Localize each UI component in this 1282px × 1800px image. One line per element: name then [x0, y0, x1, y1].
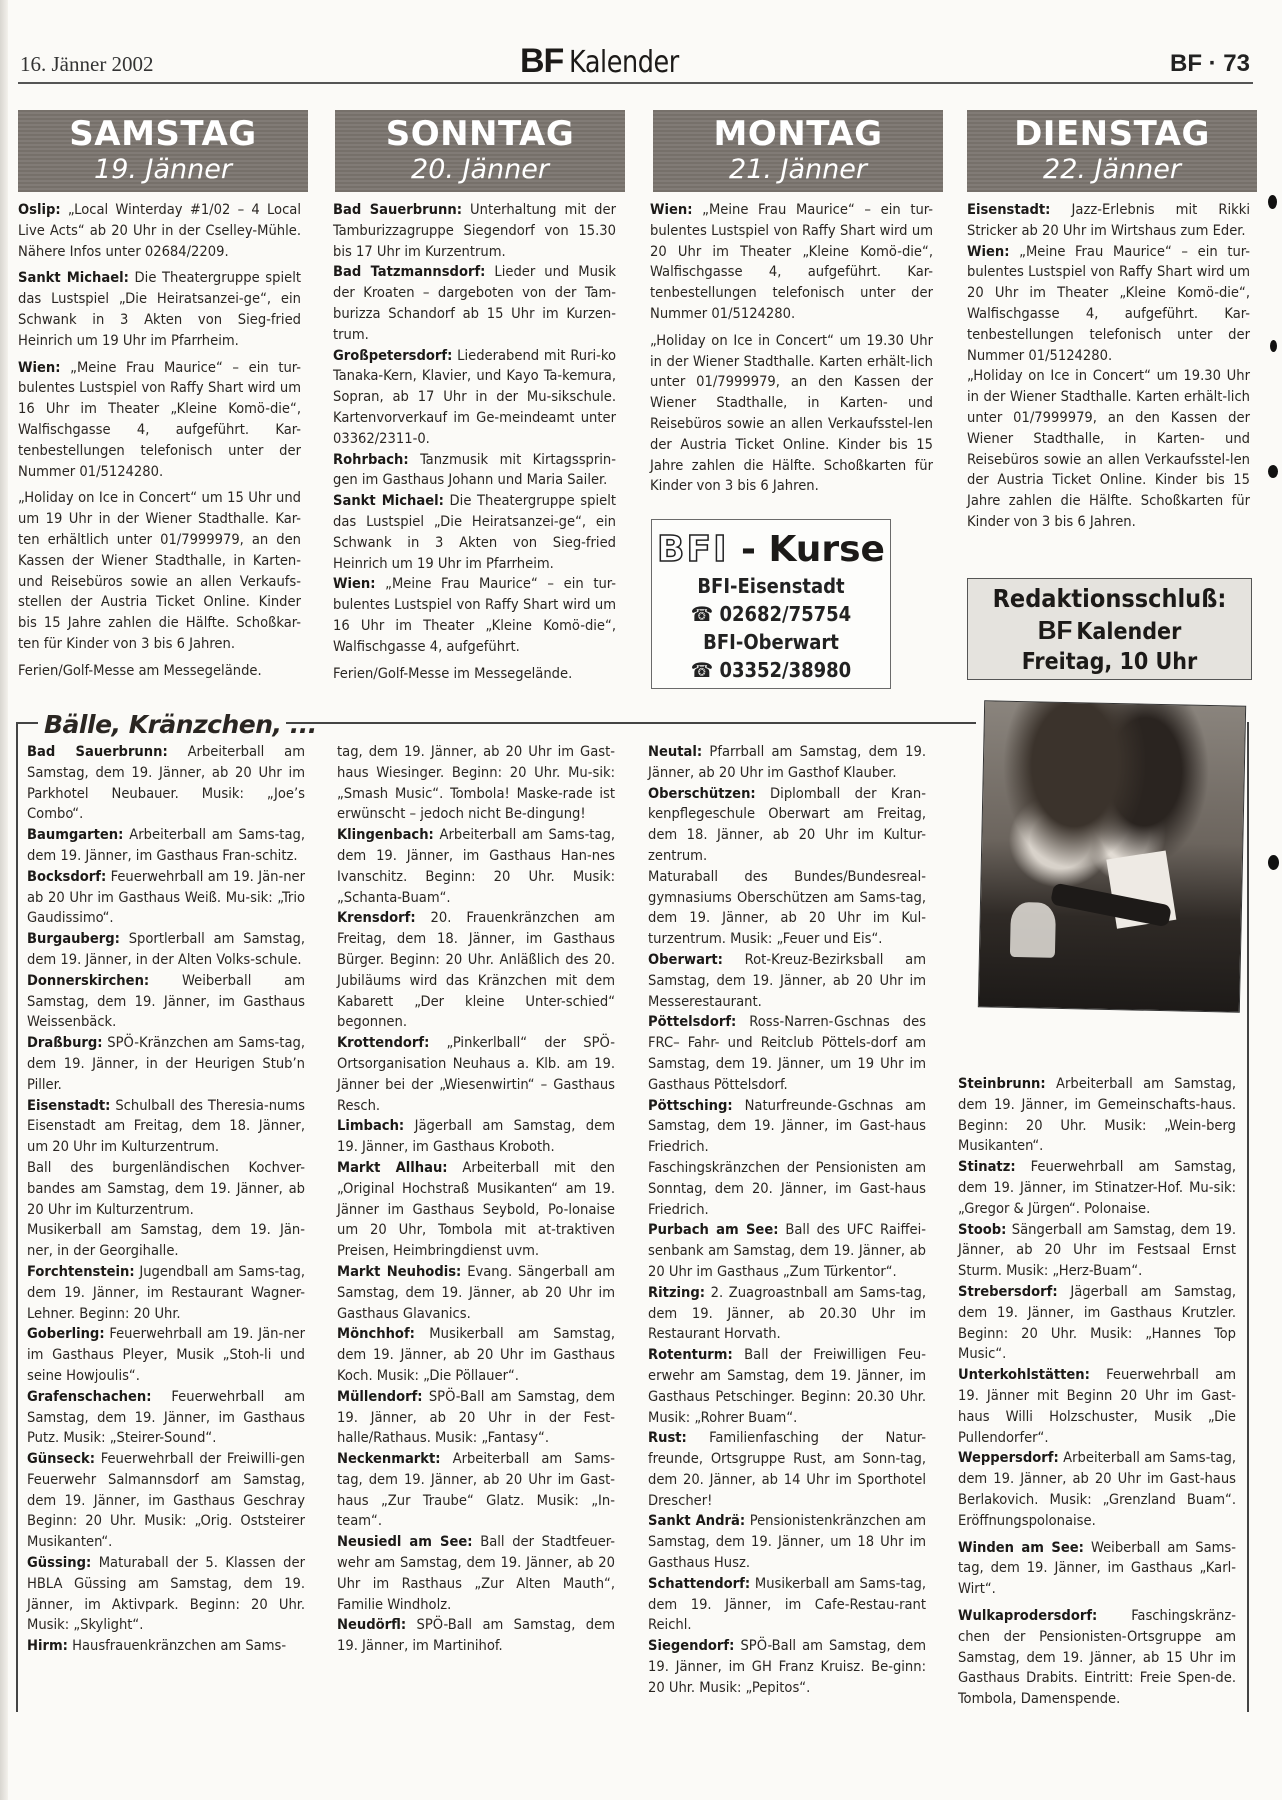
event-entry: Burgauberg: Sportlerball am Samstag, dem…: [27, 929, 305, 971]
event-text: Ferien/Golf-Messe im Messegelände.: [333, 665, 572, 682]
day-name: Sonntag: [335, 114, 625, 154]
event-entry: Donnerskirchen: Weiberball am Samstag, d…: [27, 971, 305, 1033]
event-entry: Güssing: Maturaball der 5. Klassen der H…: [27, 1553, 305, 1636]
photo-glass-detail: [1010, 902, 1056, 958]
event-place: Neusiedl am See:: [337, 1533, 473, 1550]
event-text: „Meine Frau Maurice“ – ein tur-bulentes …: [650, 201, 933, 322]
event-place: Pöttelsdorf:: [648, 1013, 736, 1030]
deadline-section-name: Kalender: [1076, 619, 1181, 645]
event-entry: Sankt Michael: Die Theatergruppe spielt …: [333, 491, 616, 574]
bfi-location-2: BFI-Oberwart: [652, 628, 890, 656]
editorial-deadline-box: Redaktionsschluß: BFKalender Freitag, 10…: [967, 578, 1252, 680]
day-name: Dienstag: [967, 114, 1257, 154]
event-text: „Holiday on Ice in Concert“ um 19.30 Uhr…: [967, 367, 1250, 530]
event-place: Strebersdorf:: [958, 1283, 1058, 1300]
event-place: Draßburg:: [27, 1034, 103, 1051]
day-date: 20. Jänner: [335, 154, 625, 186]
event-entry: Wulkaprodersdorf: Faschingskränz-chen de…: [958, 1606, 1236, 1710]
bfi-phone-2: ☎ 03352/38980: [652, 656, 890, 684]
day-date: 21. Jänner: [653, 154, 943, 186]
event-entry: Strebersdorf: Jägerball am Samstag, dem …: [958, 1282, 1236, 1365]
event-place: Oberwart:: [648, 951, 723, 968]
event-text: „Meine Frau Maurice“ – ein tur-bulentes …: [967, 243, 1250, 364]
event-text: „Meine Frau Maurice“ – ein tur-bulentes …: [18, 359, 301, 480]
event-entry: Neckenmarkt: Arbeiterball am Sams-tag, d…: [337, 1449, 615, 1532]
event-place: Sankt Michael:: [333, 492, 444, 509]
section-frame-top-right: [286, 722, 976, 724]
event-place: Grafenschachen:: [27, 1388, 152, 1405]
event-entry: Neudörfl: SPÖ-Ball am Samstag, dem 19. J…: [337, 1615, 615, 1657]
event-text: „Local Winterday #1/02 – 4 Local Live Ac…: [18, 201, 301, 260]
event-text: Faschingskränzchen der Pensionisten am S…: [648, 1159, 926, 1218]
event-place: Neckenmarkt:: [337, 1450, 441, 1467]
section-frame-left: [16, 722, 18, 1712]
event-entry: Stinatz: Feuerwehrball am Samstag, dem 1…: [958, 1157, 1236, 1219]
event-entry: Schattendorf: Musikerball am Sams-tag, d…: [648, 1574, 926, 1636]
event-entry: Pöttsching: Naturfreunde-Gschnas am Sams…: [648, 1096, 926, 1158]
day-banner-sunday: Sonntag 20. Jänner: [335, 110, 625, 192]
event-entry: Krottendorf: „Pinkerlball“ der SPÖ-Ortso…: [337, 1033, 615, 1116]
event-place: Günseck:: [27, 1450, 95, 1467]
bfi-phone-1: ☎ 02682/75754: [652, 600, 890, 628]
event-entry: Neusiedl am See: Ball der Stadtfeuer-weh…: [337, 1532, 615, 1615]
event-place: Bad Sauerbrunn:: [333, 201, 462, 218]
day-banner-tuesday: Dienstag 22. Jänner: [967, 110, 1257, 192]
bfi-outline-logo: BFI: [657, 529, 728, 570]
event-place: Wulkaprodersdorf:: [958, 1607, 1097, 1624]
event-place: Burgauberg:: [27, 930, 120, 947]
event-place: Donnerskirchen:: [27, 972, 149, 989]
event-place: Markt Neuhodis:: [337, 1263, 461, 1280]
balls-column-2: tag, dem 19. Jänner, ab 20 Uhr im Gast-h…: [337, 742, 615, 1657]
page-number: BF · 73: [1170, 50, 1250, 78]
balls-column-3: Neutal: Pfarrball am Samstag, dem 19. Jä…: [648, 742, 926, 1699]
event-entry: Steinbrunn: Arbeiterball am Samstag, dem…: [958, 1074, 1236, 1157]
bfi-ad-title: BFI - Kurse: [652, 528, 890, 572]
event-place: Wien:: [967, 243, 1010, 260]
event-place: Forchtenstein:: [27, 1263, 135, 1280]
event-entry: Müllendorf: SPÖ-Ball am Samstag, dem 19.…: [337, 1387, 615, 1449]
event-entry: Markt Allhau: Arbeiterball mit den „Orig…: [337, 1158, 615, 1262]
event-entry: Wien: „Meine Frau Maurice“ – ein tur-bul…: [333, 574, 616, 657]
event-place: Neutal:: [648, 743, 702, 760]
scan-speck: [1268, 465, 1278, 478]
event-entry: Musikerball am Samstag, dem 19. Jän-ner,…: [27, 1220, 305, 1262]
event-place: Steinbrunn:: [958, 1075, 1046, 1092]
event-entry: Unterkohlstätten: Feuerwehrball am 19. J…: [958, 1365, 1236, 1448]
event-place: Bad Tatzmannsdorf:: [333, 263, 485, 280]
event-entry: Bad Sauerbrunn: Unterhaltung mit der Tam…: [333, 200, 616, 262]
event-place: Rohrbach:: [333, 451, 409, 468]
balls-column-4: Steinbrunn: Arbeiterball am Samstag, dem…: [958, 1074, 1236, 1710]
event-entry: Bocksdorf: Feuerwehrball am 19. Jän-ner …: [27, 867, 305, 929]
bfi-ad-title-text: - Kurse: [728, 529, 885, 570]
event-place: Stinatz:: [958, 1158, 1016, 1175]
event-place: Goberling:: [27, 1325, 105, 1342]
event-place: Wien:: [650, 201, 693, 218]
event-place: Krensdorf:: [337, 909, 416, 926]
event-place: Bocksdorf:: [27, 868, 106, 885]
day-banner-saturday: Samstag 19. Jänner: [18, 110, 308, 192]
event-place: Müllendorf:: [337, 1388, 423, 1405]
event-entry: Ferien/Golf-Messe am Messegelände.: [18, 661, 301, 682]
event-entry: Wien: „Meine Frau Maurice“ – ein tur-bul…: [650, 200, 933, 325]
event-text: tag, dem 19. Jänner, ab 20 Uhr im Gast-h…: [337, 743, 615, 822]
event-place: Rust:: [648, 1429, 687, 1446]
event-place: Güssing:: [27, 1554, 91, 1571]
day-name: Montag: [653, 114, 943, 154]
event-place: Eisenstadt:: [27, 1097, 110, 1114]
bf-logo: BF: [520, 42, 563, 80]
sunday-events: Bad Sauerbrunn: Unterhaltung mit der Tam…: [333, 200, 616, 684]
event-entry: Baumgarten: Arbeiterball am Sams-tag, de…: [27, 825, 305, 867]
section-title-text: Kalender: [569, 45, 679, 80]
section-title: BFKalender: [520, 42, 699, 81]
saturday-events: Oslip: „Local Winterday #1/02 – 4 Local …: [18, 200, 301, 682]
event-text: Familienfasching der Natur-freunde, Orts…: [648, 1429, 926, 1508]
event-text: Musikerball am Samstag, dem 19. Jän-ner,…: [27, 1221, 305, 1259]
event-entry: „Holiday on Ice in Concert“ um 15 Uhr un…: [18, 488, 301, 654]
event-place: Markt Allhau:: [337, 1159, 448, 1176]
event-entry: Maturaball des Bundes/Bundesreal-gymnasi…: [648, 867, 926, 950]
bfi-location-1: BFI-Eisenstadt: [652, 572, 890, 600]
event-entry: Rust: Familienfasching der Natur-freunde…: [648, 1428, 926, 1511]
event-entry: Oberwart: Rot-Kreuz-Bezirksball am Samst…: [648, 950, 926, 1012]
event-text: Hausfrauenkränzchen am Sams-: [68, 1637, 286, 1654]
section-frame-top-left: [16, 722, 38, 724]
event-entry: Eisenstadt: Jazz-Erlebnis mit Rikki Stri…: [967, 200, 1250, 242]
event-place: Wien:: [18, 359, 61, 376]
event-place: Rotenturm:: [648, 1346, 733, 1363]
event-entry: Grafenschachen: Feuerwehrball am Samstag…: [27, 1387, 305, 1449]
event-entry: Neutal: Pfarrball am Samstag, dem 19. Jä…: [648, 742, 926, 784]
event-entry: Sankt Michael: Die Theatergruppe spielt …: [18, 268, 301, 351]
event-entry: Klingenbach: Arbeiterball am Sams-tag, d…: [337, 825, 615, 908]
event-entry: Wien: „Meine Frau Maurice“ – ein tur-bul…: [18, 358, 301, 483]
event-place: Oberschützen:: [648, 785, 756, 802]
event-place: Hirm:: [27, 1637, 68, 1654]
header-rule: [18, 82, 1253, 84]
event-entry: Wien: „Meine Frau Maurice“ – ein tur-bul…: [967, 242, 1250, 367]
event-place: Purbach am See:: [648, 1221, 778, 1238]
balls-column-1: Bad Sauerbrunn: Arbeiterball am Samstag,…: [27, 742, 305, 1657]
deadline-time: Freitag, 10 Uhr: [968, 647, 1251, 677]
event-place: Mönchhof:: [337, 1325, 415, 1342]
event-text: Ball des burgenländischen Kochver-bandes…: [27, 1159, 305, 1218]
event-place: Weppersdorf:: [958, 1449, 1059, 1466]
event-entry: Oberschützen: Diplomball der Kran-kenpfl…: [648, 784, 926, 867]
event-entry: Rohrbach: Tanzmusik mit Kirtagssprin-gen…: [333, 450, 616, 492]
balls-section-title: Bälle, Kränzchen, ...: [44, 710, 317, 739]
couple-with-champagne-photo: [978, 700, 1246, 1012]
event-entry: Krensdorf: 20. Frauenkränzchen am Freita…: [337, 908, 615, 1033]
event-entry: Mönchhof: Musikerball am Samstag, dem 19…: [337, 1324, 615, 1386]
event-place: Sankt Michael:: [18, 269, 129, 286]
day-banner-monday: Montag 21. Jänner: [653, 110, 943, 192]
monday-events: Wien: „Meine Frau Maurice“ – ein tur-bul…: [650, 200, 933, 497]
deadline-title: Redaktionsschluß:: [968, 583, 1251, 615]
event-place: Wien:: [333, 575, 376, 592]
bf-logo: BF: [1038, 615, 1073, 645]
tuesday-events: Eisenstadt: Jazz-Erlebnis mit Rikki Stri…: [967, 200, 1250, 533]
event-entry: Bad Tatzmannsdorf: Lieder und Musik der …: [333, 262, 616, 345]
event-place: Winden am See:: [958, 1539, 1084, 1556]
event-place: Stoob:: [958, 1221, 1006, 1238]
event-entry: Siegendorf: SPÖ-Ball am Samstag, dem 19.…: [648, 1636, 926, 1698]
scan-speck: [1270, 340, 1277, 352]
event-place: Siegendorf:: [648, 1637, 734, 1654]
event-place: Unterkohlstätten:: [958, 1366, 1090, 1383]
event-entry: Faschingskränzchen der Pensionisten am S…: [648, 1158, 926, 1220]
event-entry: tag, dem 19. Jänner, ab 20 Uhr im Gast-h…: [337, 742, 615, 825]
event-entry: Eisenstadt: Schulball des Theresia-nums …: [27, 1096, 305, 1158]
event-entry: Markt Neuhodis: Evang. Sängerball am Sam…: [337, 1262, 615, 1324]
event-entry: Ball des burgenländischen Kochver-bandes…: [27, 1158, 305, 1220]
event-place: Klingenbach:: [337, 826, 434, 843]
event-place: Ritzing:: [648, 1284, 705, 1301]
event-entry: Hirm: Hausfrauenkränzchen am Sams-: [27, 1636, 305, 1657]
event-place: Sankt Andrä:: [648, 1512, 745, 1529]
event-entry: Großpetersdorf: Liederabend mit Ruri-ko …: [333, 346, 616, 450]
event-place: Pöttsching:: [648, 1097, 733, 1114]
event-entry: Winden am See: Weiberball am Sams-tag, d…: [958, 1538, 1236, 1600]
event-entry: Rotenturm: Ball der Freiwilligen Feu-erw…: [648, 1345, 926, 1428]
bfi-courses-ad: BFI - Kurse BFI-Eisenstadt ☎ 02682/75754…: [651, 519, 891, 689]
event-place: Baumgarten:: [27, 826, 123, 843]
event-text: 20. Frauenkränzchen am Freitag, dem 18. …: [337, 909, 615, 1030]
event-place: Limbach:: [337, 1117, 404, 1134]
event-entry: Günseck: Feuerwehrball der Freiwilli-gen…: [27, 1449, 305, 1553]
event-entry: Draßburg: SPÖ-Kränzchen am Sams-tag, dem…: [27, 1033, 305, 1095]
event-entry: „Holiday on Ice in Concert“ um 19.30 Uhr…: [650, 331, 933, 497]
scan-speck: [1268, 195, 1277, 209]
event-entry: Limbach: Jägerball am Samstag, dem 19. J…: [337, 1116, 615, 1158]
event-place: Oslip:: [18, 201, 61, 218]
event-entry: Goberling: Feuerwehrball am 19. Jän-ner …: [27, 1324, 305, 1386]
issue-date: 16. Jänner 2002: [20, 52, 154, 77]
event-entry: „Holiday on Ice in Concert“ um 19.30 Uhr…: [967, 366, 1250, 532]
event-place: Bad Sauerbrunn:: [27, 743, 168, 760]
scan-speck: [1268, 855, 1279, 870]
event-entry: Ritzing: 2. Zuagroastnball am Sams-tag, …: [648, 1283, 926, 1345]
event-entry: Forchtenstein: Jugendball am Sams-tag, d…: [27, 1262, 305, 1324]
event-entry: Bad Sauerbrunn: Arbeiterball am Samstag,…: [27, 742, 305, 825]
event-place: Krottendorf:: [337, 1034, 429, 1051]
event-place: Eisenstadt:: [967, 201, 1050, 218]
event-text: Maturaball des Bundes/Bundesreal-gymnasi…: [648, 868, 926, 947]
event-entry: Weppersdorf: Arbeiterball am Sams-tag, d…: [958, 1448, 1236, 1531]
day-name: Samstag: [18, 114, 308, 154]
day-date: 22. Jänner: [967, 154, 1257, 186]
section-frame-right: [1247, 722, 1249, 1712]
event-entry: Sankt Andrä: Pensionistenkränzchen am Sa…: [648, 1511, 926, 1573]
event-entry: Oslip: „Local Winterday #1/02 – 4 Local …: [18, 200, 301, 262]
day-date: 19. Jänner: [18, 154, 308, 186]
event-entry: Stoob: Sängerball am Samstag, dem 19. Jä…: [958, 1220, 1236, 1282]
event-place: Großpetersdorf:: [333, 347, 452, 364]
event-text: „Holiday on Ice in Concert“ um 19.30 Uhr…: [650, 332, 933, 495]
event-text: „Meine Frau Maurice“ – ein tur-bulentes …: [333, 575, 616, 654]
event-text: „Holiday on Ice in Concert“ um 15 Uhr un…: [18, 489, 301, 652]
event-place: Schattendorf:: [648, 1575, 750, 1592]
event-entry: Ferien/Golf-Messe im Messegelände.: [333, 664, 616, 685]
event-entry: Purbach am See: Ball des UFC Raiffei-sen…: [648, 1220, 926, 1282]
event-text: Ferien/Golf-Messe am Messegelände.: [18, 662, 262, 679]
event-place: Neudörfl:: [337, 1616, 406, 1633]
event-entry: Pöttelsdorf: Ross-Narren-Gschnas des FRC…: [648, 1012, 926, 1095]
page-left-edge-shadow: [0, 0, 8, 1800]
deadline-section: BFKalender: [968, 615, 1251, 647]
